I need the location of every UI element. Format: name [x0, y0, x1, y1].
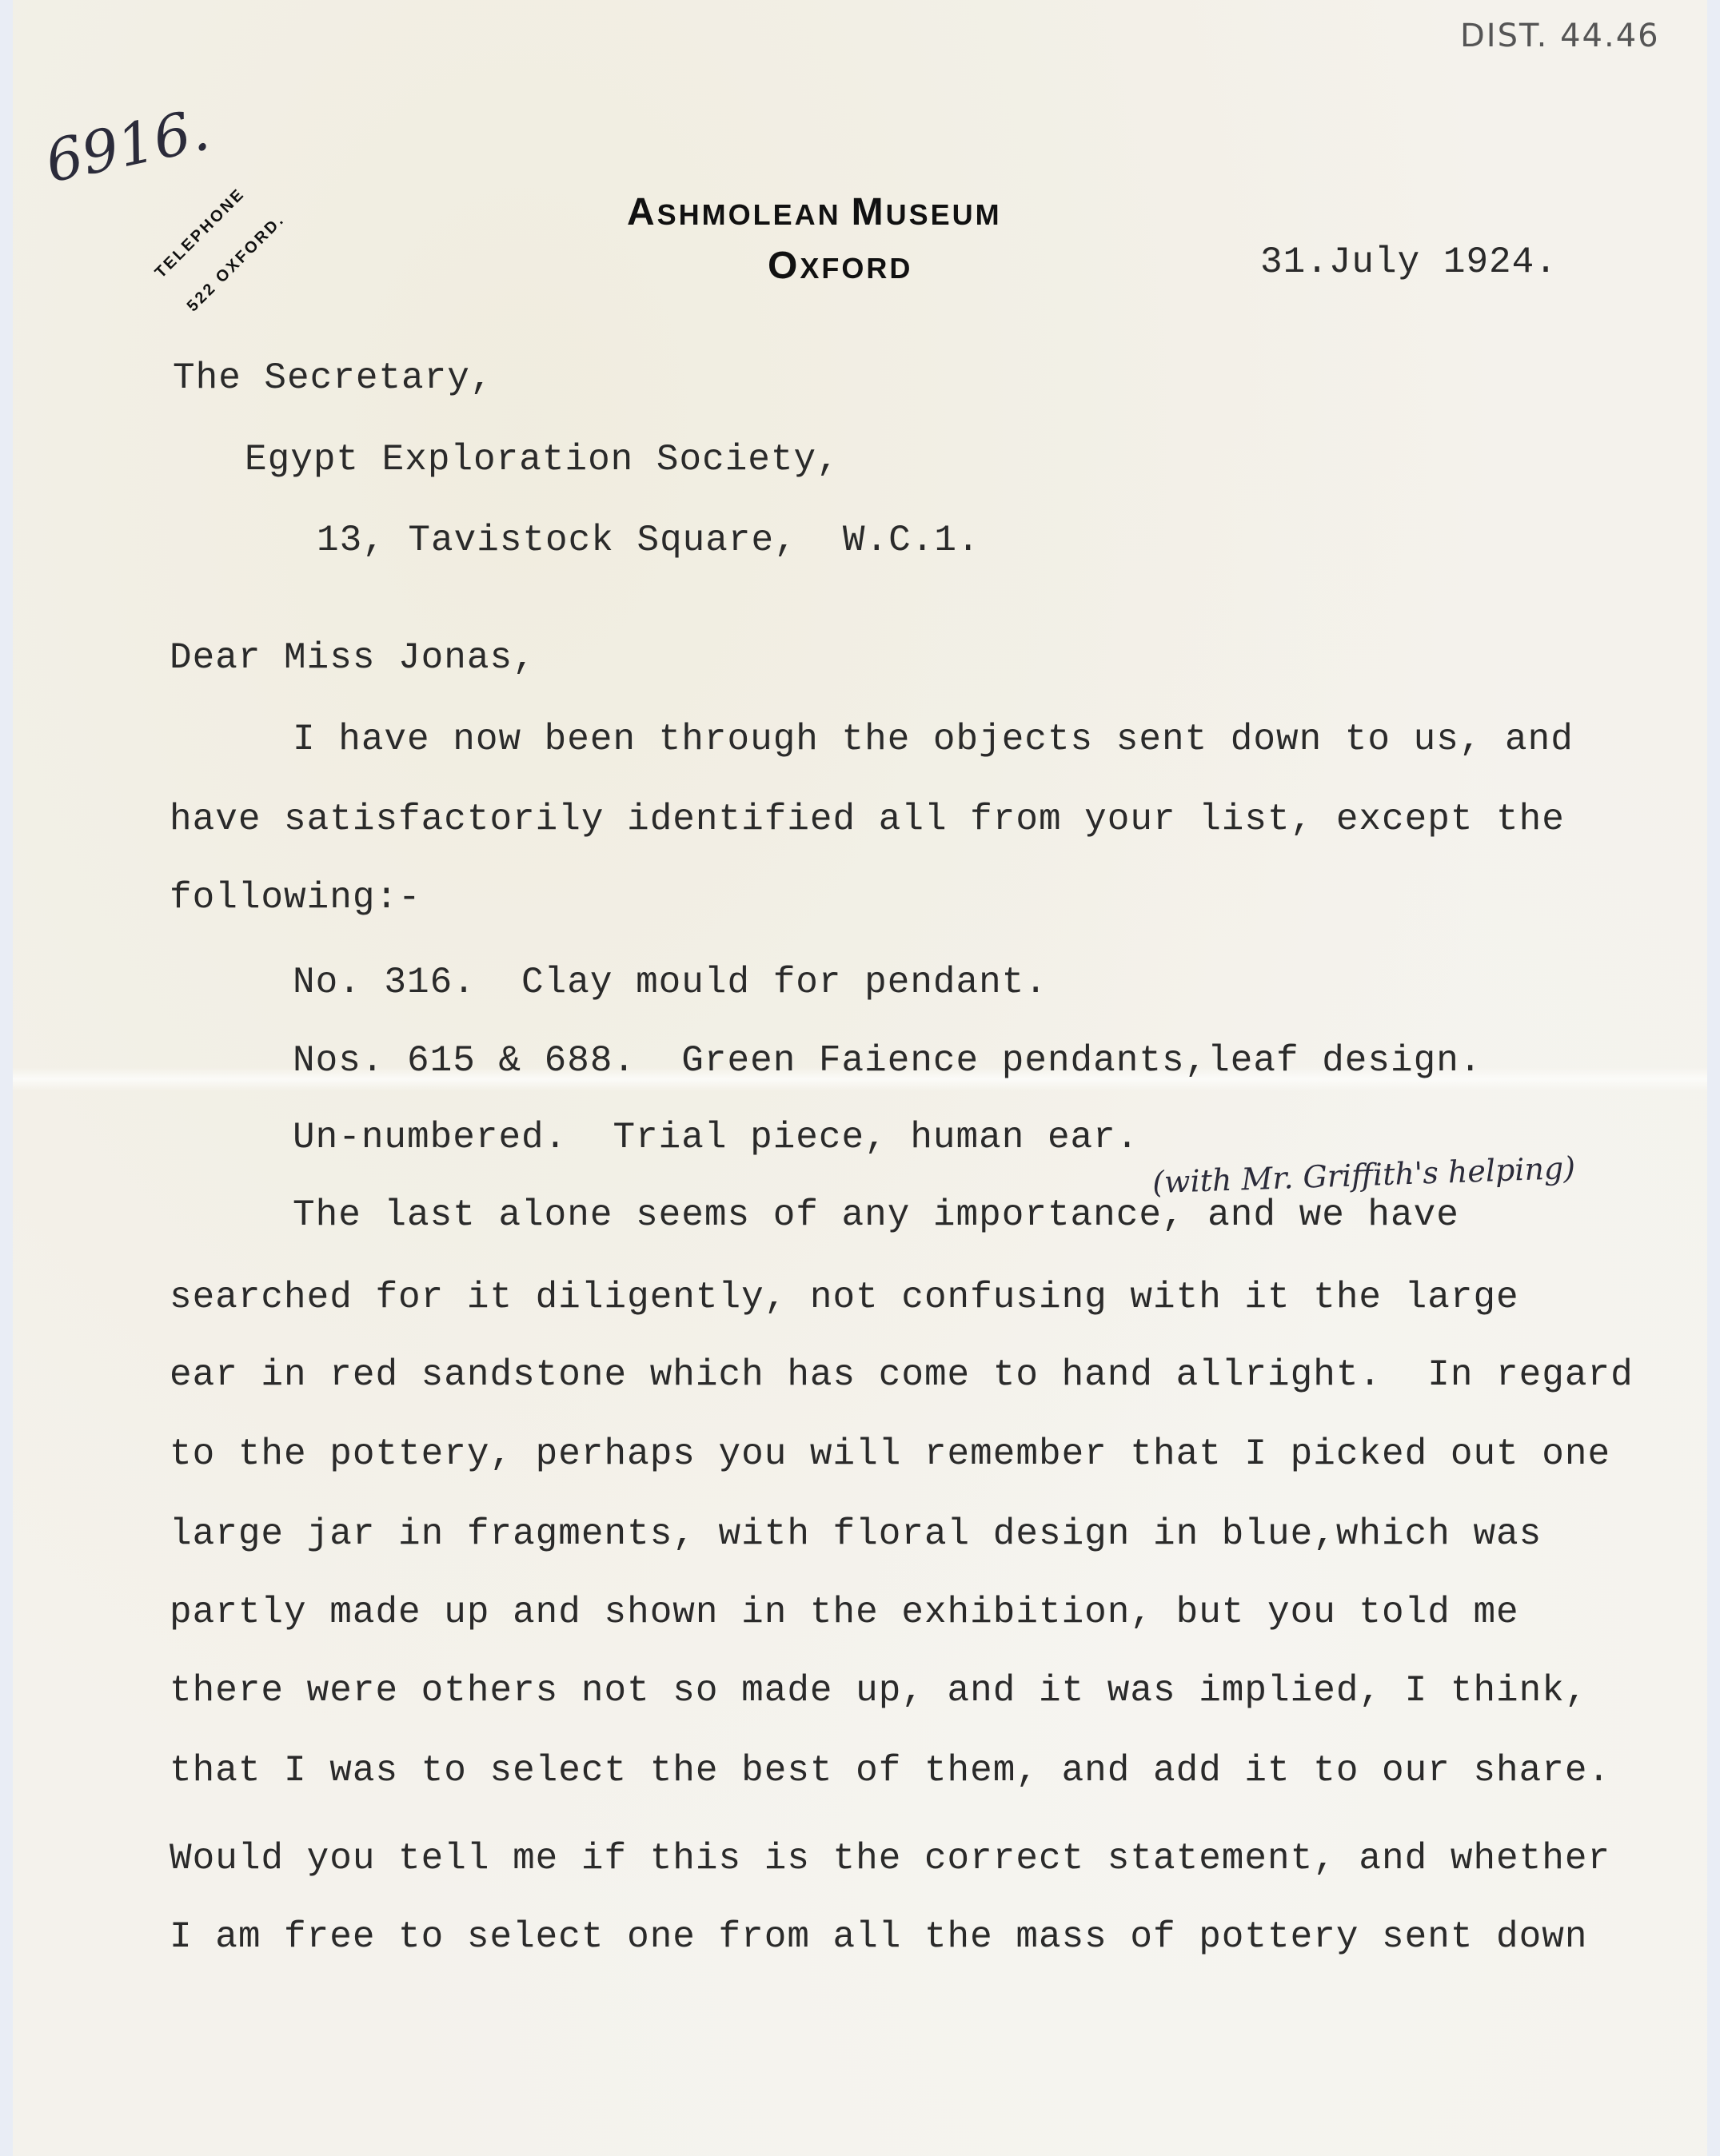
- body-line: ear in red sandstone which has come to h…: [170, 1357, 1634, 1393]
- recipient-line-2: Egypt Exploration Society,: [245, 441, 840, 478]
- body-line: Would you tell me if this is the correct…: [170, 1840, 1610, 1877]
- body-line: that I was to select the best of them, a…: [170, 1752, 1610, 1789]
- letterhead-city: OXFORD: [768, 244, 912, 288]
- body-line: I have now been through the objects sent…: [293, 721, 1574, 758]
- unidentified-item: No. 316. Clay mould for pendant.: [293, 964, 1048, 1001]
- body-line: have satisfactorily identified all from …: [170, 801, 1565, 838]
- body-line: to the pottery, perhaps you will remembe…: [170, 1436, 1610, 1473]
- handwritten-insertion: (with Mr. Griffith's helping): [1151, 1150, 1575, 1200]
- salutation: Dear Miss Jonas,: [170, 640, 536, 676]
- body-line: following:-: [170, 879, 421, 916]
- letter-page: DIST. 44.46 6916. TELEPHONE 522 OXFORD. …: [13, 0, 1707, 2156]
- recipient-line-3: 13, Tavistock Square, W.C.1.: [317, 522, 980, 559]
- body-line: I am free to select one from all the mas…: [170, 1919, 1587, 1955]
- pencil-reference-mark: DIST. 44.46: [1460, 18, 1660, 54]
- unidentified-item: Un-numbered. Trial piece, human ear.: [293, 1119, 1139, 1156]
- body-line: large jar in fragments, with floral desi…: [170, 1516, 1542, 1552]
- letterhead-institution: ASHMOLEAN MUSEUM: [627, 190, 1002, 234]
- body-line: partly made up and shown in the exhibiti…: [170, 1594, 1519, 1631]
- body-line: The last alone seems of any importance, …: [293, 1197, 1459, 1233]
- unidentified-item: Nos. 615 & 688. Green Faience pendants,l…: [293, 1042, 1482, 1079]
- handwritten-archive-number: 6916.: [40, 95, 215, 195]
- letter-date: 31.July 1924.: [1260, 244, 1558, 281]
- recipient-line-1: The Secretary,: [173, 360, 493, 397]
- body-line: searched for it diligently, not confusin…: [170, 1279, 1519, 1316]
- body-line: there were others not so made up, and it…: [170, 1672, 1587, 1709]
